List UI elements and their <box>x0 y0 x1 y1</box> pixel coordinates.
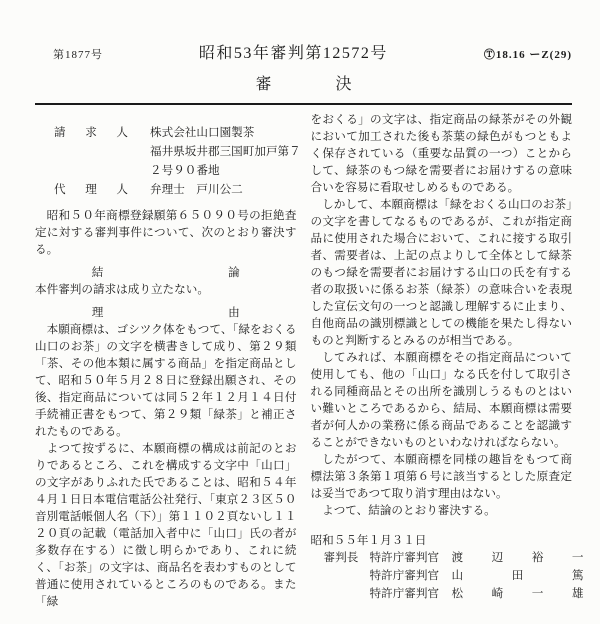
intro-paragraph: 昭和５０年商標登録願第６５０９０号の拒絶査定に対する審判事件について、次のとおり… <box>35 207 297 258</box>
judge-title: 特許庁審判官 <box>370 585 452 603</box>
content-columns: 請求人 株式会社山口園製茶 福井県坂井郡三国町加戸第７ ２号９０番地 代理人 弁… <box>35 111 572 610</box>
party-block: 請求人 株式会社山口園製茶 福井県坂井郡三国町加戸第７ ２号９０番地 代理人 弁… <box>35 123 297 199</box>
claimant-address-line2: ２号９０番地 <box>150 161 220 180</box>
claimant-name: 株式会社山口園製茶 <box>150 123 254 142</box>
case-number: 昭和53年審判第12572号 <box>103 40 484 63</box>
judge-row: 特許庁審判官 山田篤 <box>311 567 573 585</box>
judge-name: 松崎一雄 <box>452 585 584 603</box>
decision-title-row: 審決 <box>35 71 572 94</box>
body-paragraph: よつて按ずるに、本願商標の構成は前記のとおりであるところ、これを構成する文字中「… <box>35 440 297 610</box>
body-paragraph: 本願商標は、ゴシツク体をもつて、「緑をおくる山口のお茶」の文字を横書きして成り、… <box>35 321 297 440</box>
conclusion-heading-row: 結論 <box>35 264 297 281</box>
body-paragraph: しかして、本願商標は「緑をおくる山口のお茶」の文字を書してなるものであるが、これ… <box>311 196 573 349</box>
party-row-agent: 代理人 弁理士 戸川公二 <box>35 180 297 199</box>
header-rule <box>35 103 572 105</box>
judge-title: 特許庁審判官 <box>370 549 452 567</box>
conclusion-text: 本件審判の請求は成り立たない。 <box>35 281 297 298</box>
judge-role: 審判長 <box>324 549 370 567</box>
agent-label: 代理人 <box>54 180 128 199</box>
reason-heading: 理由 <box>92 304 240 321</box>
label-spacer <box>54 142 128 161</box>
body-paragraph: してみれば、本願商標をその指定商品について使用しても、他の「山口」なる氏を付して… <box>311 349 573 451</box>
conclusion-heading: 結論 <box>92 264 240 281</box>
document-header: 第1877号 昭和53年審判第12572号 Ⓣ18.16 ーZ(29) <box>35 40 572 63</box>
party-row-address1: 福井県坂井郡三国町加戸第７ <box>35 142 297 161</box>
judge-name: 渡辺裕一 <box>452 549 584 567</box>
body-paragraph: をおくる」の文字は、指定商品の緑茶がその外観において加工された後も茶葉の緑色がも… <box>311 111 573 196</box>
body-paragraph: したがつて、本願商標を同様の趣旨をもつて商標法第３条第１項第６号に該当するとした… <box>311 451 573 502</box>
decision-title: 審決 <box>256 71 352 94</box>
judge-title: 特許庁審判官 <box>370 567 452 585</box>
reason-heading-row: 理由 <box>35 304 297 321</box>
decision-document-page: 第1877号 昭和53年審判第12572号 Ⓣ18.16 ーZ(29) 審決 請… <box>0 0 600 624</box>
label-spacer <box>54 161 128 180</box>
judge-row: 特許庁審判官 松崎一雄 <box>311 585 573 603</box>
doc-number: 第1877号 <box>53 46 103 62</box>
column-left: 請求人 株式会社山口園製茶 福井県坂井郡三国町加戸第７ ２号９０番地 代理人 弁… <box>35 111 297 610</box>
body-paragraph: よつて、結論のとおり審決する。 <box>311 502 573 519</box>
agent-name: 弁理士 戸川公二 <box>150 180 243 199</box>
judge-name: 山田篤 <box>452 567 584 585</box>
party-row-claimant: 請求人 株式会社山口園製茶 <box>35 123 297 142</box>
claimant-label: 請求人 <box>54 123 128 142</box>
class-code: Ⓣ18.16 ーZ(29) <box>484 46 572 62</box>
party-row-address2: ２号９０番地 <box>35 161 297 180</box>
column-right: をおくる」の文字は、指定商品の緑茶がその外観において加工された後も茶葉の緑色がも… <box>311 111 573 610</box>
claimant-address-line1: 福井県坂井郡三国町加戸第７ <box>150 142 301 161</box>
judges-block: 審判長 特許庁審判官 渡辺裕一 特許庁審判官 山田篤 特許庁審判官 松崎一雄 <box>311 549 573 603</box>
decision-date: 昭和５５年１月３１日 <box>311 532 573 549</box>
judge-row: 審判長 特許庁審判官 渡辺裕一 <box>311 549 573 567</box>
